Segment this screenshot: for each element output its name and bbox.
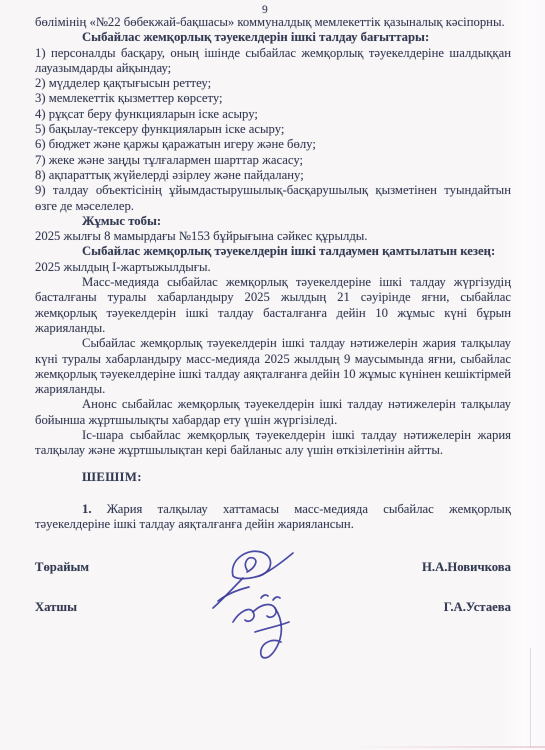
scan-edge-line <box>530 648 531 748</box>
signatory-name-secretary: Г.А.Устаева <box>444 600 511 615</box>
signature-role-secretary: Хатшы <box>35 600 77 615</box>
paragraph: 2025 жылдың I-жартыжылдығы. <box>35 260 511 275</box>
paragraph: 1. Жария талқылау хаттамасы масс-медияда… <box>35 502 511 533</box>
paragraph: 5) бақылау-тексеру функцияларын іске асы… <box>35 122 511 137</box>
document-page: 9 бөлімінің «№22 бөбекжай-бақшасы» комму… <box>0 0 545 750</box>
paragraph: 8) ақпараттық жүйелерді әзірлеу және пай… <box>35 168 511 183</box>
paragraph: Сыбайлас жемқорлық тәуекелдерін ішкі тал… <box>35 244 511 259</box>
signature-block: Төрайым Н.А.Новичкова Хатшы Г.А.Устаева <box>35 560 511 615</box>
signature-row-chairperson: Төрайым Н.А.Новичкова <box>35 560 511 575</box>
paragraph: Сыбайлас жемқорлық тәуекелдерін ішкі тал… <box>35 336 511 397</box>
paragraph: Сыбайлас жемқорлық тәуекелдерін ішкі тал… <box>35 30 511 45</box>
paragraph: Анонс сыбайлас жемқорлық тәуекелдерін іш… <box>35 397 511 428</box>
paragraph: 2025 жылғы 8 мамырдағы №153 бұйрығына сә… <box>35 229 511 244</box>
paragraph: бөлімінің «№22 бөбекжай-бақшасы» коммуна… <box>35 15 511 30</box>
paragraph: 2) мүдделер қақтығысын реттеу; <box>35 76 511 91</box>
signature-row-secretary: Хатшы Г.А.Устаева <box>35 600 511 615</box>
scan-bottom-edge <box>350 746 545 748</box>
signatory-name-chairperson: Н.А.Новичкова <box>422 560 511 575</box>
paragraph: ШЕШІМ: <box>35 470 511 485</box>
paragraph: 6) бюджет және қаржы қаражатын игеру жән… <box>35 137 511 152</box>
document-body: бөлімінің «№22 бөбекжай-бақшасы» коммуна… <box>35 15 511 533</box>
paragraph: 3) мемлекеттік қызметтер көрсету; <box>35 91 511 106</box>
paragraph: 9) талдау объектісінің ұйымдастырушылық-… <box>35 183 511 214</box>
paragraph: 1) персоналды басқару, оның ішінде сыбай… <box>35 46 511 77</box>
paragraph: 7) жеке және заңды тұлғалармен шарттар ж… <box>35 153 511 168</box>
paragraph: 4) рұқсат беру функцияларын іске асыру; <box>35 107 511 122</box>
paragraph: Масс-медияда сыбайлас жемқорлық тәуекелд… <box>35 275 511 336</box>
signature-role-chairperson: Төрайым <box>35 560 89 575</box>
paragraph: Іс-шара сыбайлас жемқорлық тәуекелдерін … <box>35 428 511 459</box>
paragraph: Жұмыс тобы: <box>35 214 511 229</box>
